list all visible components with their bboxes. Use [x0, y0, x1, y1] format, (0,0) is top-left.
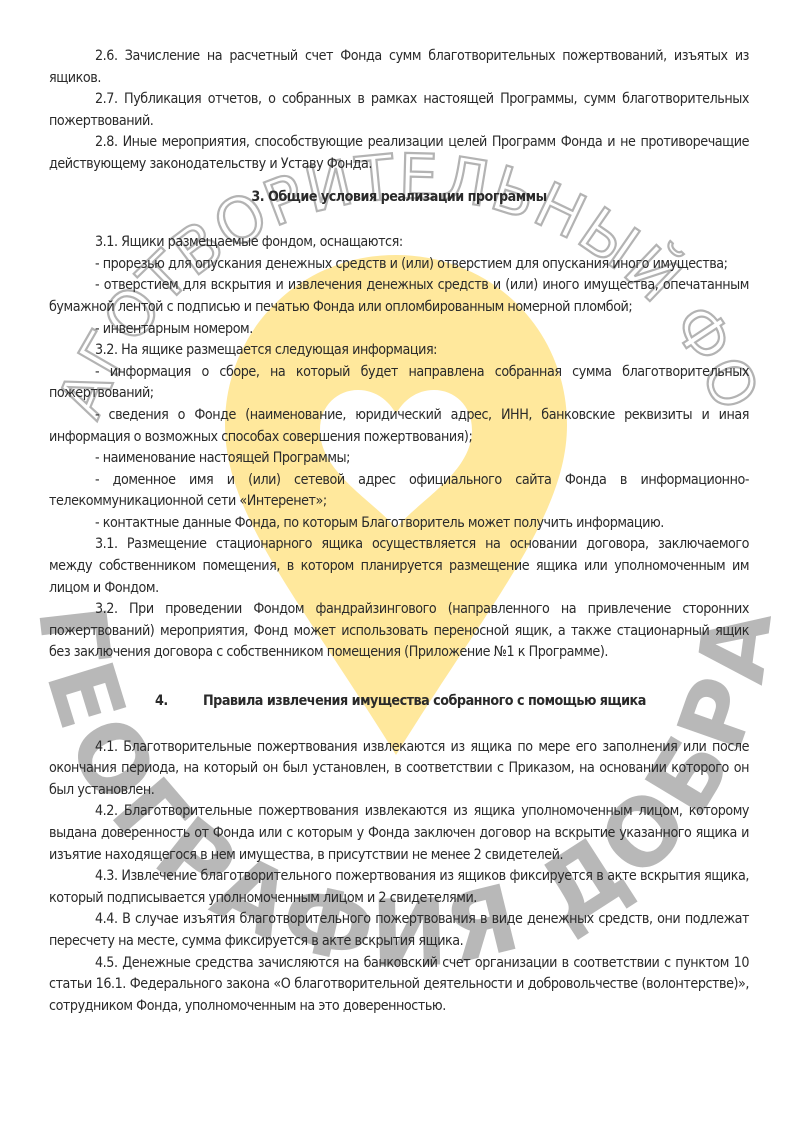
paragraph-4-3: 4.3. Извлечение благотворительного пожер… — [49, 866, 749, 909]
paragraph-3-2: 3.2. На ящике размещается следующая инфо… — [49, 340, 749, 362]
list-item-opening: - отверстием для вскрытия и извлечения д… — [49, 275, 749, 318]
list-item-contacts: - контактные данные Фонда, по которым Бл… — [49, 513, 749, 535]
section-3-title: 3. Общие условия реализации программы — [49, 187, 749, 209]
paragraph-2-7: 2.7. Публикация отчетов, о собранных в р… — [49, 89, 749, 132]
document-body: 2.6. Зачисление на расчетный счет Фонда … — [49, 46, 749, 1017]
section-4-title-text: Правила извлечения имущества собранного … — [203, 693, 646, 709]
paragraph-3-1-placement: 3.1. Размещение стационарного ящика осущ… — [49, 534, 749, 599]
paragraph-4-1: 4.1. Благотворительные пожертвования изв… — [49, 737, 749, 802]
paragraph-4-4: 4.4. В случае изъятия благотворительного… — [49, 909, 749, 952]
document-page: БЛАГОТВОРИТЕЛЬНЫЙ ФОНД ГЕОГРАФИЯ ДОБРА 2… — [0, 0, 793, 1123]
paragraph-3-1: 3.1. Ящики размещаемые фондом, оснащаютс… — [49, 232, 749, 254]
section-4-title: 4.Правила извлечения имущества собранног… — [49, 691, 749, 713]
list-item-program-name: - наименование настоящей Программы; — [49, 448, 749, 470]
paragraph-2-8: 2.8. Иные мероприятия, способствующие ре… — [49, 132, 749, 175]
paragraph-3-2-fundraising: 3.2. При проведении Фондом фандрайзингов… — [49, 599, 749, 664]
paragraph-4-2: 4.2. Благотворительные пожертвования изв… — [49, 801, 749, 866]
paragraph-2-6: 2.6. Зачисление на расчетный счет Фонда … — [49, 46, 749, 89]
section-4-number: 4. — [155, 691, 203, 713]
list-item-inventory: - инвентарным номером. — [49, 319, 749, 341]
list-item-fund-info: - сведения о Фонде (наименование, юридич… — [49, 405, 749, 448]
list-item-website: - доменное имя и (или) сетевой адрес офи… — [49, 470, 749, 513]
paragraph-4-5: 4.5. Денежные средства зачисляются на ба… — [49, 953, 749, 1018]
list-item-collection-info: - информация о сборе, на который будет н… — [49, 362, 749, 405]
list-item-slot: - прорезью для опускания денежных средст… — [49, 254, 749, 276]
